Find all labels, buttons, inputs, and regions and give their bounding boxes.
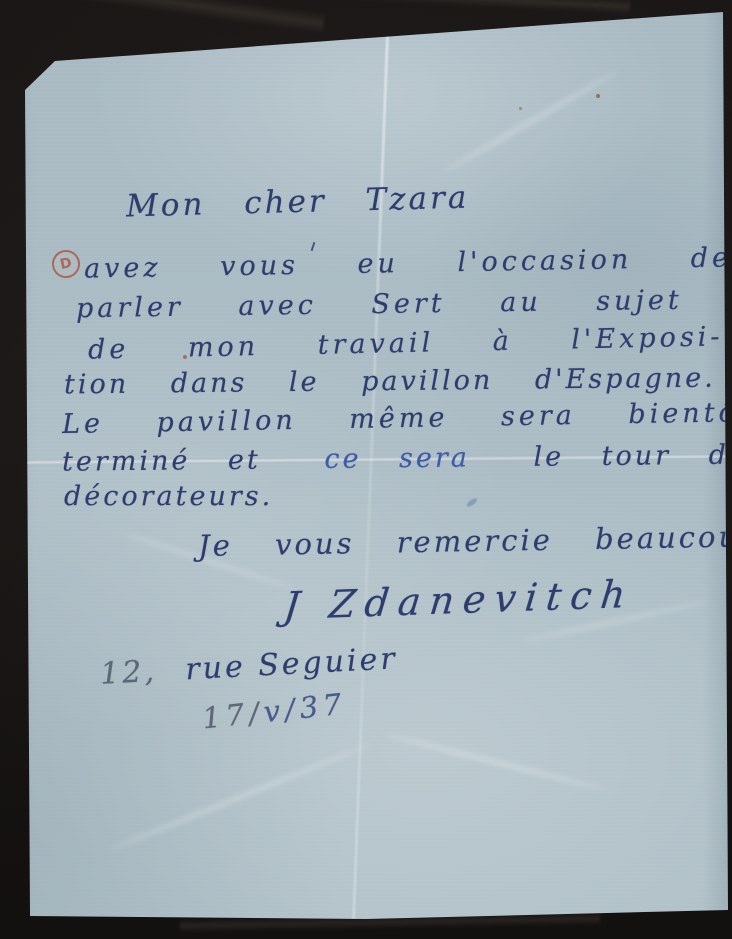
- date-line: 17/v/37: [201, 687, 348, 736]
- backdrop-crease: [55, 0, 325, 35]
- circled-d-stamp: D: [49, 247, 82, 280]
- body-line-segment-corrected-ink: ce sera: [324, 442, 470, 475]
- address-number: 12,: [99, 654, 157, 692]
- body-line: de mon travail à l'Exposi-: [88, 321, 724, 365]
- body-line: Le pavillon même sera bientôt: [62, 397, 732, 440]
- body-line: avez vous eu l'occasion de: [84, 242, 732, 284]
- letter-paper: D Mon cher Tzara avez vous eu l'occasion…: [0, 0, 732, 939]
- stamp-letter: D: [59, 255, 74, 273]
- paper-texture-vein: [109, 743, 370, 852]
- address-street: rue Seguier: [184, 641, 398, 687]
- scanned-letter-page: D Mon cher Tzara avez vous eu l'occasion…: [0, 0, 732, 939]
- foxing-speck: [519, 107, 522, 110]
- paper-texture-vein: [383, 732, 607, 792]
- date-day: 17/: [201, 695, 266, 735]
- ink-smudge: [466, 497, 479, 508]
- body-line: tion dans le pavillon d'Espagne.: [64, 363, 716, 401]
- body-line: décorateurs.: [64, 481, 273, 512]
- body-line-segment: terminé et: [62, 445, 261, 478]
- body-line: parler avec Sert au sujet: [76, 285, 683, 324]
- address-line: 12, rue Seguier: [99, 641, 398, 692]
- body-line-segment: le tour des: [533, 439, 732, 472]
- date-month-year: v/37: [262, 687, 348, 729]
- foxing-speck: [596, 94, 600, 98]
- backdrop-crease: [300, 0, 630, 15]
- closing-line: Je vous remercie beaucoup: [198, 519, 732, 563]
- paper-texture-vein: [442, 70, 617, 173]
- signature: J Zdanevitch: [282, 572, 637, 628]
- salutation-line: Mon cher Tzara: [126, 180, 470, 225]
- body-line: terminé et ce sera le tour des: [62, 439, 732, 477]
